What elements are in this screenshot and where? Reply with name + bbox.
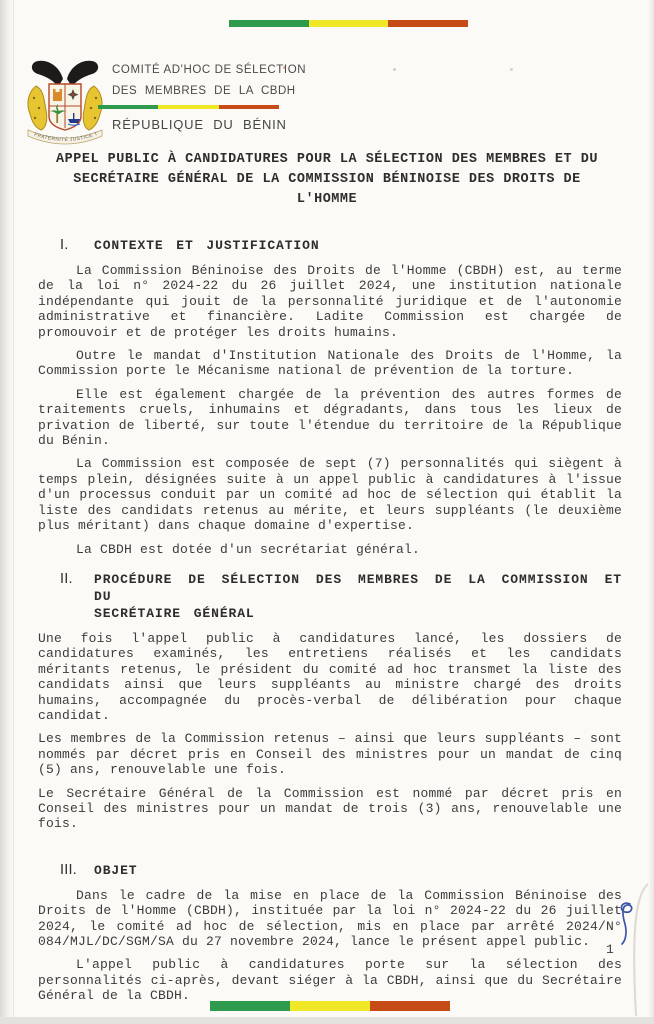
- scan-speck: [510, 68, 513, 71]
- flag-bar-header: [98, 105, 279, 109]
- section-numeral: II.: [60, 572, 94, 587]
- page-curl-shadow: [626, 880, 652, 1020]
- scan-speck: [393, 68, 396, 71]
- section-heading-2: II. PROCÉDURE DE SÉLECTION DES MEMBRES D…: [60, 571, 622, 622]
- section-numeral: I.: [60, 238, 94, 253]
- scanned-document-page: FRATERNITÉ JUSTICE TRAVAIL COMITÉ AD'HOC…: [0, 0, 654, 1024]
- scan-edge-right: [648, 0, 654, 1024]
- page-number: 1: [606, 942, 614, 957]
- section-heading-1: I. CONTEXTE ET JUSTIFICATION: [60, 237, 622, 254]
- title-line: L'HOMME: [40, 190, 614, 210]
- paragraph: Dans le cadre de la mise en place de la …: [38, 888, 622, 950]
- paragraph: Une fois l'appel public à candidatures l…: [38, 631, 622, 723]
- section-title: OBJET: [94, 862, 622, 879]
- flag-segment-yellow: [309, 20, 389, 27]
- title-line: APPEL PUBLIC À CANDIDATURES POUR LA SÉLE…: [40, 150, 614, 170]
- flag-segment-red: [370, 1001, 450, 1011]
- paragraph: Outre le mandat d'Institution Nationale …: [38, 348, 622, 379]
- paragraph: La Commission Béninoise des Droits de l'…: [38, 263, 622, 340]
- section-title-line: SECRÉTAIRE GÉNÉRAL: [94, 605, 622, 622]
- section-numeral: III.: [60, 863, 94, 878]
- document-title: APPEL PUBLIC À CANDIDATURES POUR LA SÉLE…: [40, 150, 614, 210]
- paragraph: Elle est également chargée de la prévent…: [38, 387, 622, 449]
- flag-segment-red: [219, 105, 279, 109]
- paragraph: La Commission est composée de sept (7) p…: [38, 456, 622, 533]
- header-org-block: COMITÉ AD'HOC DE SÉLECTION DES MEMBRES D…: [112, 64, 306, 132]
- section-title: CONTEXTE ET JUSTIFICATION: [94, 237, 622, 254]
- scan-speck: [283, 66, 286, 69]
- section-title: PROCÉDURE DE SÉLECTION DES MEMBRES DE LA…: [94, 571, 622, 622]
- scan-edge-left: [0, 0, 14, 1024]
- flag-segment-yellow: [290, 1001, 370, 1011]
- paragraph: Les membres de la Commission retenus – a…: [38, 731, 622, 777]
- flag-segment-green: [210, 1001, 290, 1011]
- flag-segment-green: [229, 20, 309, 27]
- flag-segment-green: [98, 105, 158, 109]
- country-name: RÉPUBLIQUE DU BÉNIN: [112, 117, 306, 132]
- org-name-line1: COMITÉ AD'HOC DE SÉLECTION: [112, 64, 306, 76]
- document-body: I. CONTEXTE ET JUSTIFICATION La Commissi…: [38, 237, 622, 1012]
- section-heading-3: III. OBJET: [60, 862, 622, 879]
- paragraph: L'appel public à candidatures porte sur …: [38, 957, 622, 1003]
- flag-segment-yellow: [158, 105, 218, 109]
- section-title-line: PROCÉDURE DE SÉLECTION DES MEMBRES DE LA…: [94, 571, 622, 605]
- flag-bar-bottom: [210, 1001, 450, 1011]
- paragraph: La CBDH est dotée d'un secrétariat génér…: [38, 542, 622, 557]
- flag-segment-red: [388, 20, 468, 27]
- org-name-line2: DES MEMBRES DE LA CBDH: [112, 85, 306, 97]
- paragraph: Le Secrétaire Général de la Commission e…: [38, 786, 622, 832]
- scan-edge-bottom: [0, 1017, 654, 1024]
- title-line: SECRÉTAIRE GÉNÉRAL DE LA COMMISSION BÉNI…: [40, 170, 614, 190]
- flag-bar-top: [229, 20, 468, 27]
- benin-coat-of-arms-logo: FRATERNITÉ JUSTICE TRAVAIL: [22, 56, 108, 152]
